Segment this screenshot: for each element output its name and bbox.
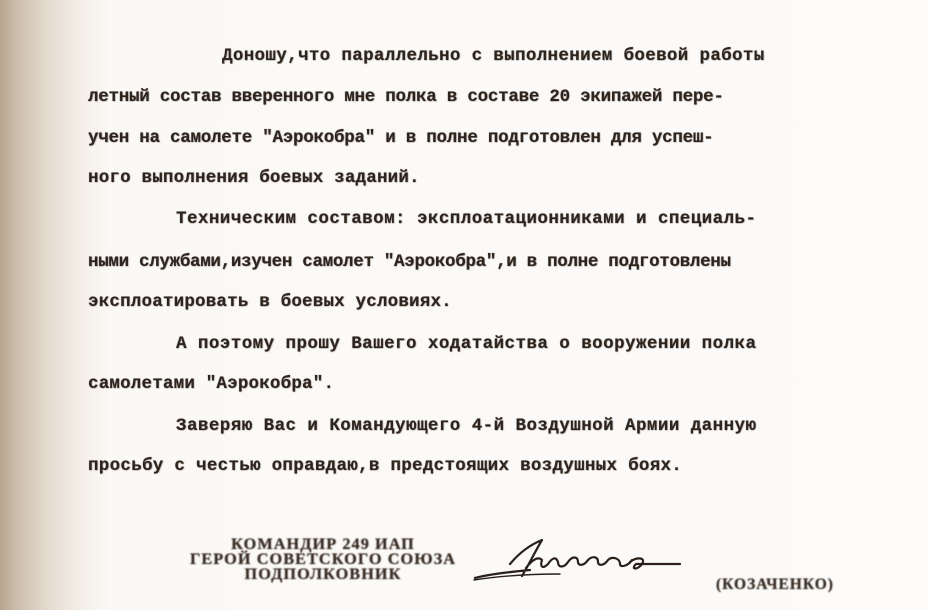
- text-line-10: Заверяю Вас и Командующего 4-й Воздушной…: [176, 416, 756, 436]
- text-line-8: А поэтому прошу Вашего ходатайства о воо…: [176, 334, 756, 354]
- text-line-2: летный состав вверенного мне полка в сос…: [88, 87, 724, 107]
- text-line-5: Техническим составом: эксплоатационникам…: [176, 209, 756, 229]
- signature-title-line-3: ПОДПОЛКОВНИК: [181, 567, 465, 582]
- scanned-document-page: Доношу,что параллельно с выполнением бое…: [0, 0, 928, 610]
- signature-title-line-1: КОМАНДИР 249 ИАП: [181, 537, 465, 552]
- text-line-9: самолетами "Аэрокобра".: [88, 374, 334, 394]
- text-line-4: ного выполнения боевых заданий.: [88, 168, 420, 188]
- text-line-6: ными службами,изучен самолет "Аэрокобра"…: [88, 252, 731, 272]
- text-line-1: Доношу,что параллельно с выполнением бое…: [222, 46, 765, 66]
- text-line-7: эксплоатировать в боевых условиях.: [88, 292, 452, 312]
- text-line-11: просьбу с честью оправдаю,в предстоящих …: [88, 456, 682, 476]
- handwritten-signature: [470, 530, 750, 590]
- signature-title-line-2: ГЕРОЙ СОВЕТСКОГО СОЮЗА: [181, 552, 465, 567]
- signature-title-block: КОМАНДИР 249 ИАП ГЕРОЙ СОВЕТСКОГО СОЮЗА …: [181, 537, 465, 582]
- text-line-3: учен на самолете "Аэрокобра" и в полне п…: [88, 128, 713, 148]
- signer-name: (КОЗАЧЕНКО): [716, 576, 834, 594]
